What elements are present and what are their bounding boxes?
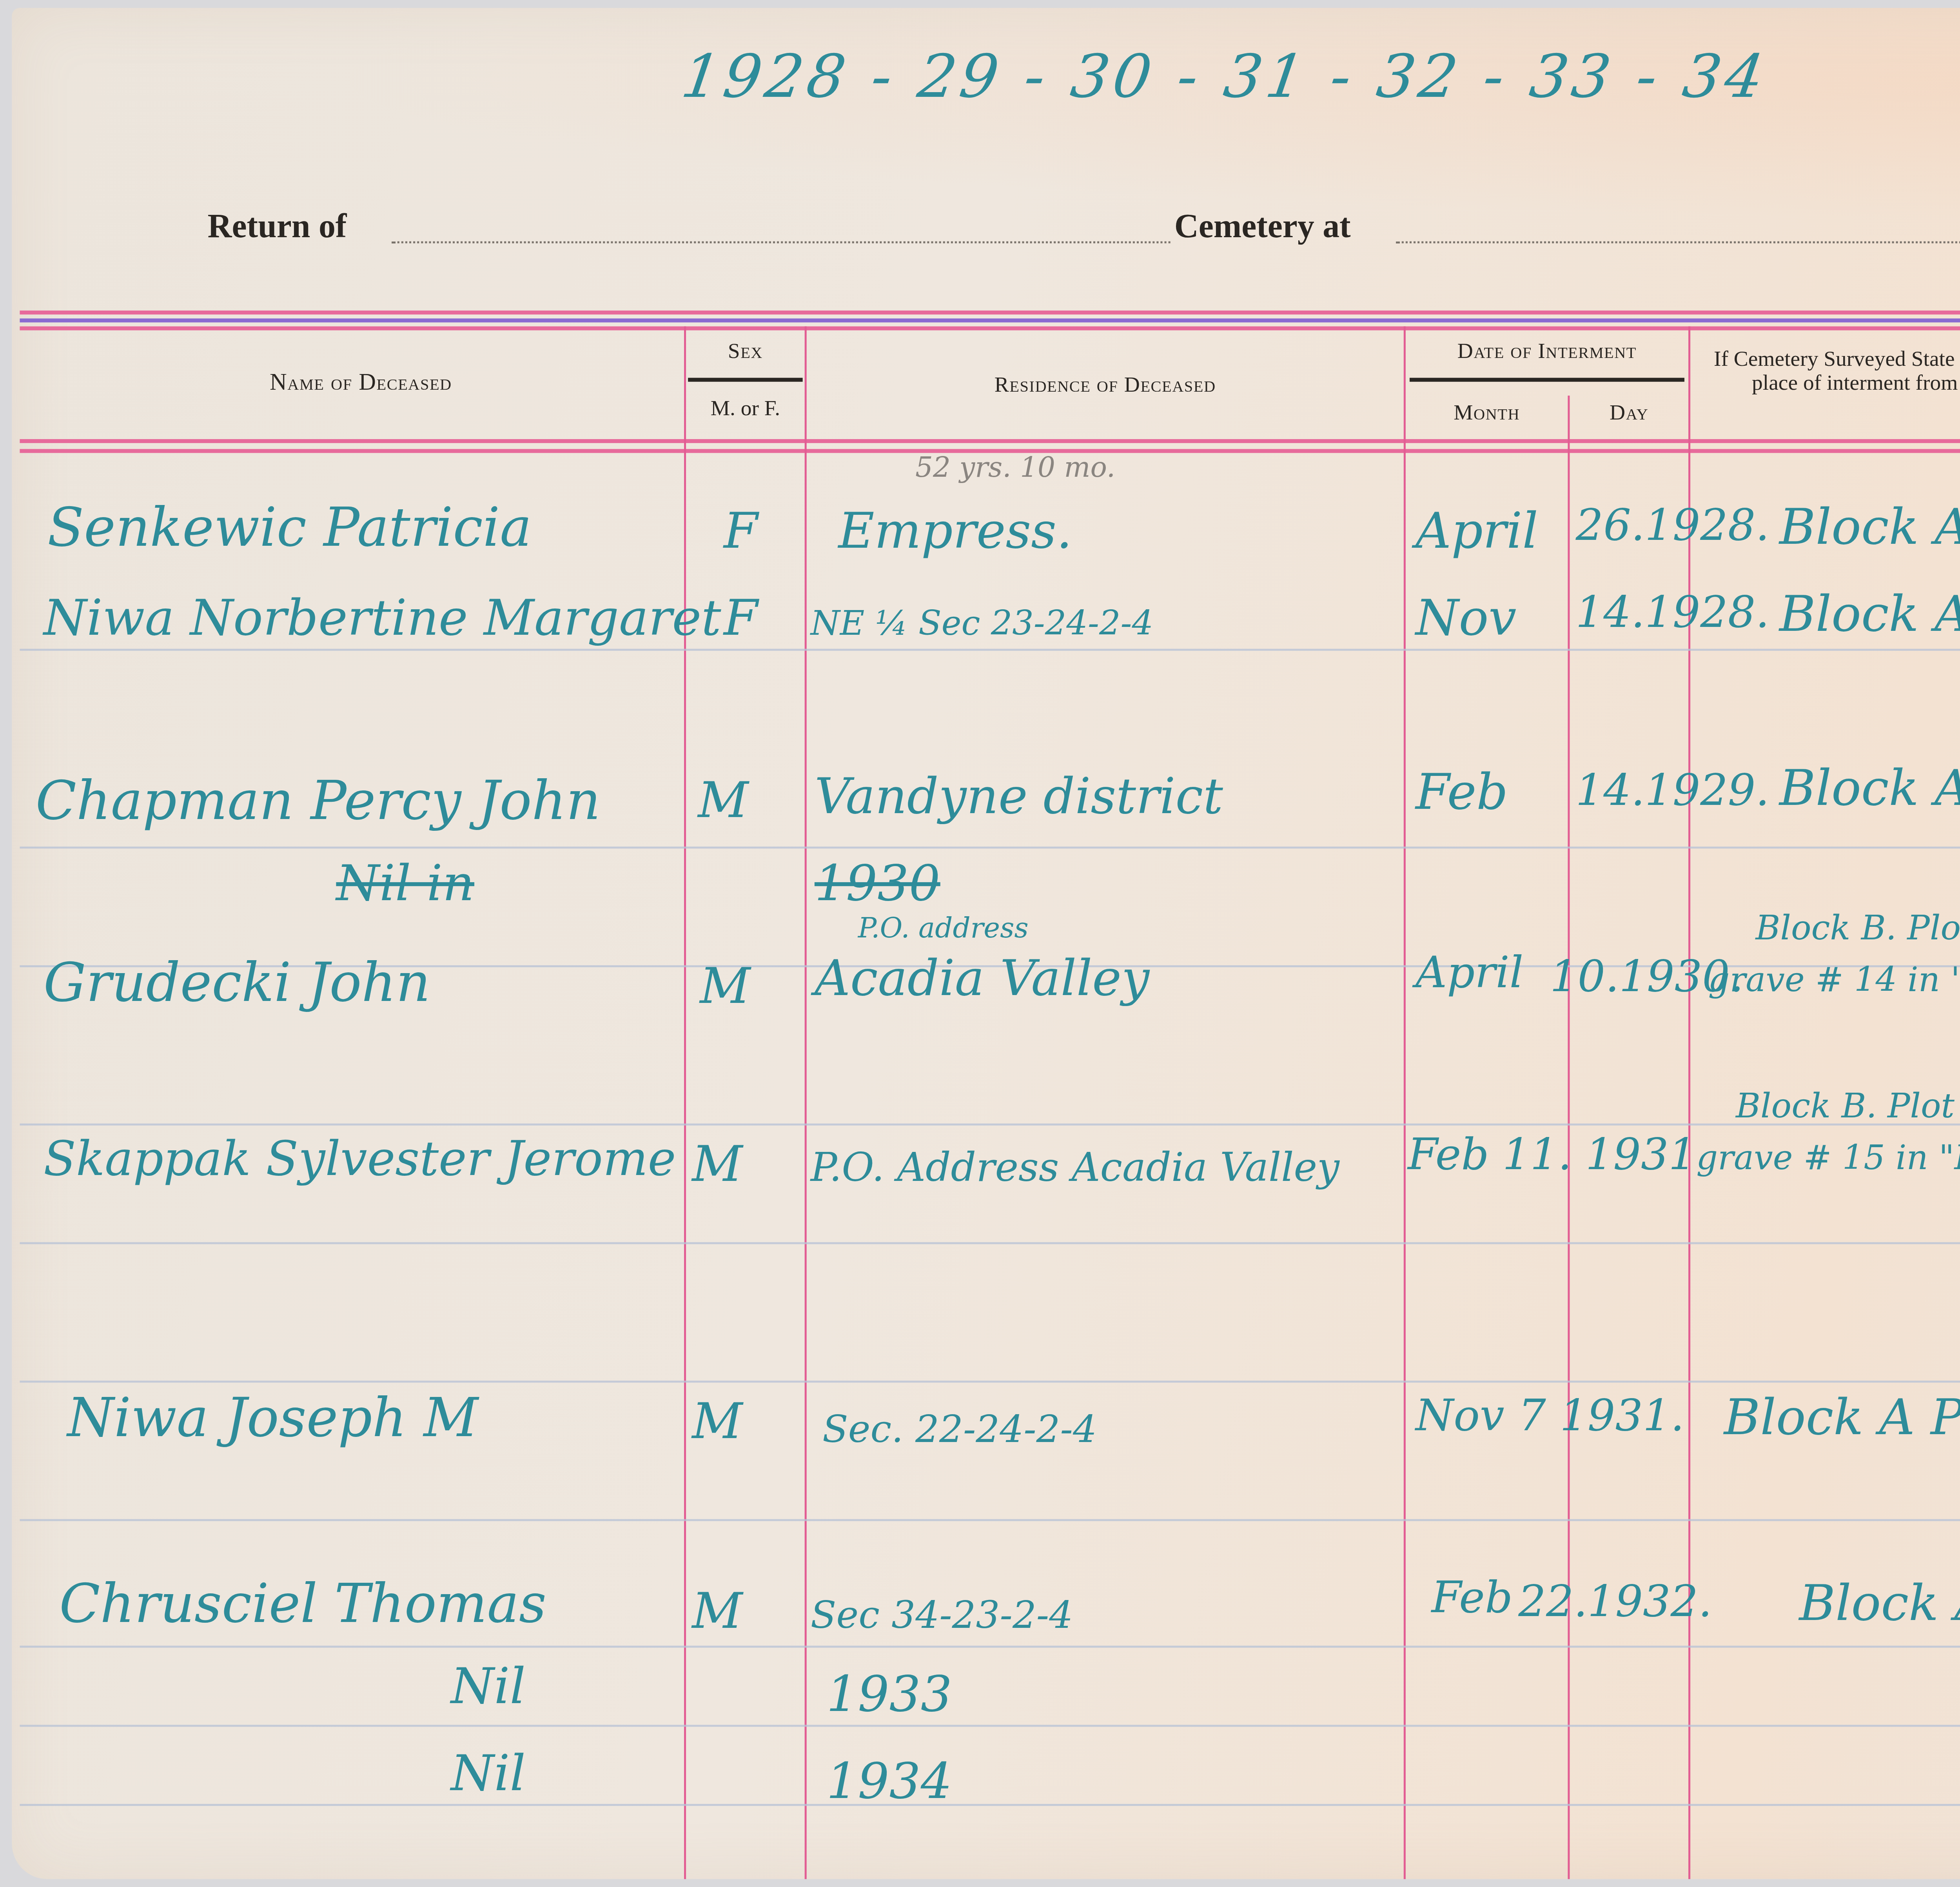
lot: Block A Plot 80 bbox=[1779, 759, 1960, 817]
age-note: 52 yrs. 10 mo. bbox=[915, 453, 1115, 485]
deceased-name: Skappak Sylvester Jerome bbox=[44, 1131, 676, 1187]
day: 7 1931. bbox=[1518, 1393, 1684, 1442]
nil-label: Nil bbox=[451, 1658, 526, 1715]
sex: M bbox=[692, 1393, 742, 1450]
lot-line1: Block B. Plot 7 bbox=[1756, 910, 1960, 950]
writing-line bbox=[20, 1725, 1960, 1727]
cemetery-at-label: Cemetery at bbox=[1174, 208, 1351, 247]
col-header-day: Day bbox=[1570, 401, 1688, 425]
month: Feb bbox=[1408, 1131, 1489, 1181]
writing-line bbox=[20, 1124, 1960, 1126]
top-rule-purple bbox=[20, 318, 1960, 322]
sex: M bbox=[698, 772, 748, 829]
col-header-sex-sub: M. or F. bbox=[686, 398, 805, 421]
lot: Block A Plot 6 bbox=[1724, 1389, 1960, 1446]
deceased-name: Niwa Norbertine Margaret bbox=[44, 589, 721, 647]
month: Nov bbox=[1416, 589, 1517, 647]
scanned-page: 1928 - 29 - 30 - 31 - 32 - 33 - 34 Retur… bbox=[0, 0, 1960, 1887]
lot: grave # 14 in "Baby row." bbox=[1708, 961, 1960, 1001]
deceased-name: Grudecki John bbox=[44, 953, 430, 1015]
month: Nov bbox=[1416, 1393, 1504, 1442]
handwritten-years: 1928 - 29 - 30 - 31 - 32 - 33 - 34 bbox=[677, 44, 1772, 113]
month: April bbox=[1416, 502, 1538, 559]
col-header-sex: Sex bbox=[686, 340, 805, 364]
day: 22.1932. bbox=[1518, 1578, 1712, 1628]
lot: grave # 15 in "Baby row." bbox=[1696, 1139, 1960, 1179]
residence: Acadia Valley bbox=[815, 950, 1149, 1007]
month: April bbox=[1416, 950, 1523, 999]
month: Feb bbox=[1416, 763, 1508, 821]
top-rule bbox=[20, 311, 1960, 314]
writing-line bbox=[20, 1646, 1960, 1648]
deceased-name: Niwa Joseph M bbox=[67, 1389, 478, 1450]
day: 26.1928. bbox=[1576, 502, 1769, 552]
lot: Block A Plot 31 bbox=[1799, 1575, 1960, 1632]
day: 14.1928. bbox=[1576, 589, 1769, 639]
residence: NE ¼ Sec 23-24-2-4 bbox=[811, 605, 1153, 645]
header-divider bbox=[1410, 378, 1684, 382]
struck-nil-label: Nil in bbox=[336, 854, 474, 912]
lot-line1: Block B. Plot 7 bbox=[1736, 1088, 1960, 1128]
writing-line bbox=[20, 846, 1960, 848]
nil-label: Nil bbox=[451, 1745, 526, 1802]
return-of-label: Return of bbox=[208, 208, 347, 247]
deceased-name: Chrusciel Thomas bbox=[59, 1575, 546, 1636]
col-header-name: Name of Deceased bbox=[40, 370, 682, 394]
col-header-date: Date of Interment bbox=[1406, 340, 1688, 364]
writing-line bbox=[20, 649, 1960, 651]
residence: Empress. bbox=[838, 502, 1072, 559]
lot: Block A Plot 65 bbox=[1779, 498, 1960, 556]
col-header-residence: Residence of Deceased bbox=[807, 374, 1404, 398]
day: 11. 1931 bbox=[1503, 1131, 1696, 1181]
residence: Sec 34-23-2-4 bbox=[811, 1594, 1073, 1638]
col-header-month: Month bbox=[1406, 401, 1568, 425]
sex: F bbox=[724, 589, 758, 647]
top-rule bbox=[20, 326, 1960, 330]
residence: Sec. 22-24-2-4 bbox=[822, 1408, 1097, 1452]
deceased-name: Chapman Percy John bbox=[36, 772, 601, 833]
col-header-lot: If Cemetery Surveyed State Number of Lot… bbox=[1712, 348, 1960, 396]
residence: P.O. Address Acadia Valley bbox=[811, 1143, 1339, 1191]
sex: M bbox=[692, 1582, 742, 1640]
residence: Vandyne district bbox=[815, 767, 1223, 825]
month: Feb bbox=[1431, 1575, 1513, 1624]
header-rule bbox=[20, 439, 1960, 443]
lot: Block A Plot 7 bbox=[1779, 585, 1960, 643]
sex: M bbox=[692, 1135, 742, 1193]
sex: F bbox=[724, 502, 758, 559]
cemetery-at-blank bbox=[1396, 242, 1960, 243]
return-of-blank bbox=[392, 242, 1171, 243]
header-divider bbox=[688, 378, 803, 382]
nil-year: 1934 bbox=[826, 1753, 952, 1810]
residence-note: P.O. address bbox=[858, 914, 1029, 946]
writing-line bbox=[20, 1804, 1960, 1806]
header-rule bbox=[20, 449, 1960, 453]
nil-year: 1933 bbox=[826, 1665, 952, 1723]
struck-nil-year: 1930 bbox=[815, 854, 940, 912]
writing-line bbox=[20, 1380, 1960, 1382]
day: 14.1929. bbox=[1576, 767, 1769, 817]
deceased-name: Senkewic Patricia bbox=[47, 498, 532, 559]
writing-line bbox=[20, 1242, 1960, 1244]
sex: M bbox=[700, 957, 750, 1015]
writing-line bbox=[20, 1519, 1960, 1521]
